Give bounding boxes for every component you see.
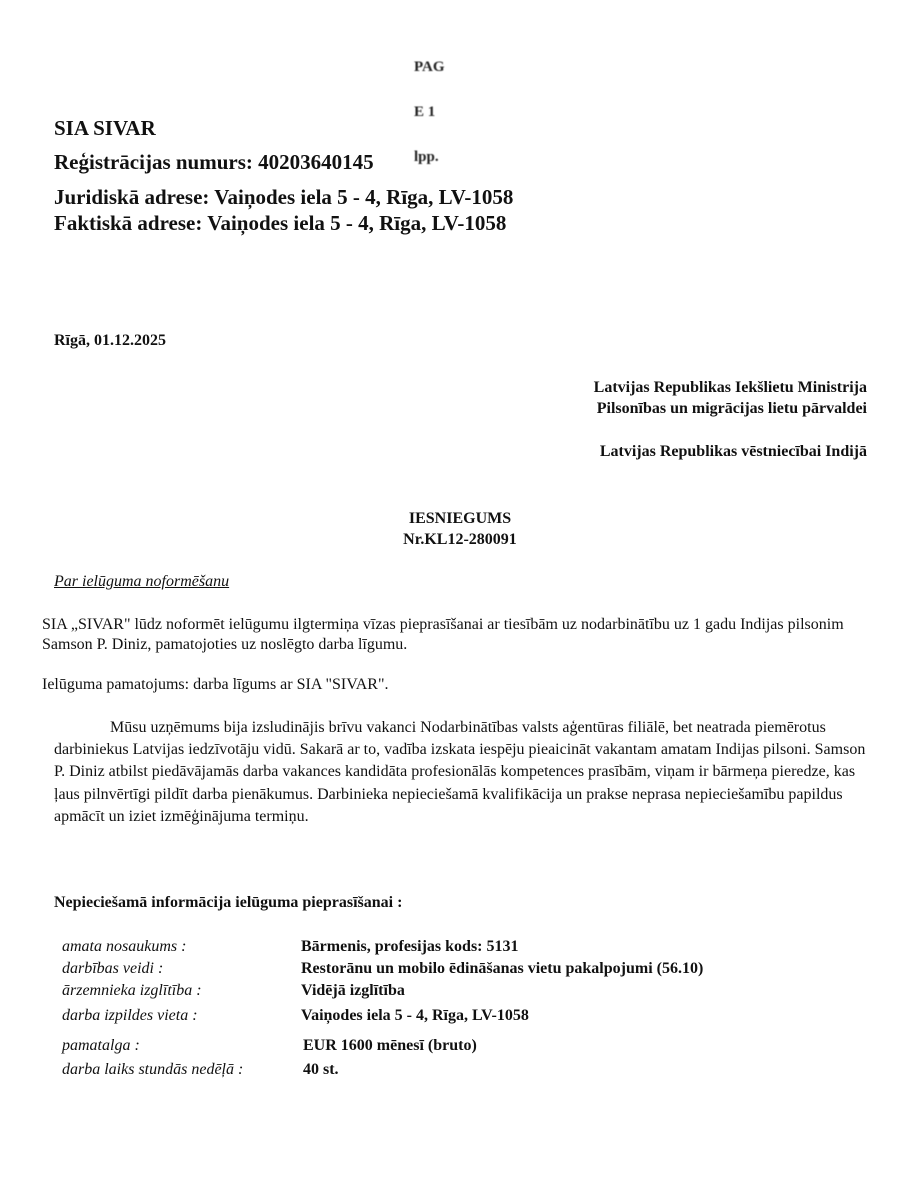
info-label: amata nosaukums : xyxy=(62,938,186,956)
info-label: darbības veidi : xyxy=(62,960,163,978)
recipient-line: Pilsonības un migrācijas lietu pārvaldei xyxy=(594,398,867,419)
subject-line: Par ielūguma noformēšanu xyxy=(54,573,229,591)
info-value: 40 st. xyxy=(303,1061,339,1079)
recipient-line: Latvijas Republikas vēstniecībai Indijā xyxy=(594,441,867,462)
info-value: Restorānu un mobilo ēdināšanas vietu pak… xyxy=(301,960,703,978)
body-paragraph: Ielūguma pamatojums: darba līgums ar SIA… xyxy=(42,675,872,695)
info-value: Vaiņodes iela 5 - 4, Rīga, LV-1058 xyxy=(301,1007,529,1025)
recipient-line: Latvijas Republikas Iekšlietu Ministrija xyxy=(594,377,867,398)
body-paragraph: SIA „SIVAR" lūdz noformēt ielūgumu ilgte… xyxy=(42,615,872,655)
recipient-block: Latvijas Republikas Iekšlietu Ministrija… xyxy=(594,377,867,462)
document-title-text: IESNIEGUMS xyxy=(0,508,920,529)
body-paragraph: Mūsu uzņēmums bija izsludinājis brīvu va… xyxy=(54,717,874,828)
recipient-spacer xyxy=(594,419,867,441)
date-line: Rīgā, 01.12.2025 xyxy=(54,332,166,350)
info-value: Vidējā izglītība xyxy=(301,982,405,1000)
registration-number: Reģistrācijas numurs: 40203640145 xyxy=(54,150,374,174)
document-title: IESNIEGUMS Nr.KL12-280091 xyxy=(0,508,920,550)
info-label: darba laiks stundās nedēļā : xyxy=(62,1061,243,1079)
info-label: darba izpildes vieta : xyxy=(62,1007,198,1025)
info-heading: Nepieciešamā informācija ielūguma piepra… xyxy=(54,894,402,912)
info-value: EUR 1600 mēnesī (bruto) xyxy=(303,1037,477,1055)
info-label: pamatalga : xyxy=(62,1037,140,1055)
company-name: SIA SIVAR xyxy=(54,116,156,140)
page-number-line: lpp. xyxy=(414,150,445,165)
info-label: ārzemnieka izglītība : xyxy=(62,982,202,1000)
page-number: PAG E 1 lpp. xyxy=(414,30,445,180)
actual-address: Faktiskā adrese: Vaiņodes iela 5 - 4, Rī… xyxy=(54,211,506,235)
document-number: Nr.KL12-280091 xyxy=(0,529,920,550)
info-value: Bārmenis, profesijas kods: 5131 xyxy=(301,938,519,956)
page-number-line: PAG xyxy=(414,60,445,75)
legal-address: Juridiskā adrese: Vaiņodes iela 5 - 4, R… xyxy=(54,185,513,209)
page-number-line: E 1 xyxy=(414,105,445,120)
